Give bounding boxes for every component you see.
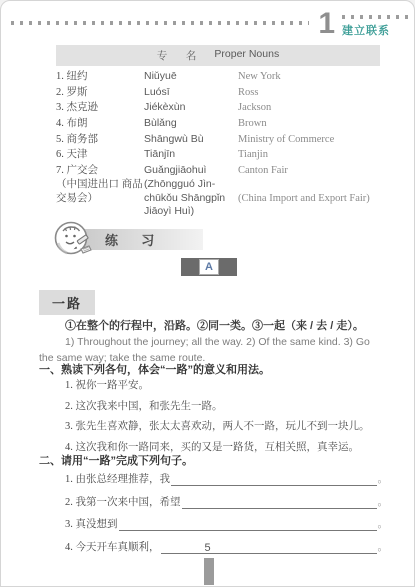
cell-chinese: 6. 天津 <box>56 148 144 161</box>
cell-chinese: 7. 广交会 <box>56 164 144 177</box>
cell-chinese: （中国进出口 商品交易会） <box>56 178 144 219</box>
fill-blank-line <box>171 473 377 486</box>
table-row: 5. 商务部 Shāngwù Bù Ministry of Commerce <box>56 133 380 146</box>
chapter-header: 1 建立联系 <box>11 9 414 39</box>
cell-english: Tianjin <box>238 148 380 161</box>
chapter-title: 建立联系 <box>342 22 414 38</box>
proper-nouns-table: 专 名 Proper Nouns 1. 纽约 Niǔyuē New York 2… <box>56 45 380 219</box>
fill-blank-line <box>182 496 377 509</box>
cell-chinese: 2. 罗斯 <box>56 86 144 99</box>
chapter-number: 1 <box>318 9 335 39</box>
fill-prefix: 3. 真没想到 <box>65 516 118 531</box>
table-row: 7. 广交会 Guǎngjiāohuì Canton Fair <box>56 164 380 177</box>
sentence-item: 3. 张先生喜欢静，张太太喜欢动，两人不一路，玩儿不到一块儿。 <box>65 420 386 434</box>
cell-pinyin: Jiékèxùn <box>144 101 238 114</box>
cell-chinese: 5. 商务部 <box>56 133 144 146</box>
table-row: 4. 布朗 Bùlǎng Brown <box>56 117 380 130</box>
cell-english: Ross <box>238 86 380 99</box>
proper-nouns-header-cn: 专 名 <box>157 48 205 63</box>
sentence-item: 1. 祝你一路平安。 <box>65 379 386 393</box>
page-number-tab <box>204 558 214 585</box>
exercise-mascot-icon <box>53 219 93 259</box>
proper-nouns-rows: 1. 纽约 Niǔyuē New York 2. 罗斯 Luósī Ross 3… <box>56 70 380 219</box>
table-row: 3. 杰克逊 Jiékèxùn Jackson <box>56 101 380 114</box>
fill-blank-item: 2. 我第一次来中国，希望 。 <box>65 494 388 509</box>
fill-blank-line <box>119 518 377 531</box>
cell-english: Ministry of Commerce <box>238 133 380 146</box>
cell-english: Brown <box>238 117 380 130</box>
cell-chinese: 1. 纽约 <box>56 70 144 83</box>
fill-prefix: 1. 由张总经理推荐，我 <box>65 471 170 486</box>
proper-nouns-header-en: Proper Nouns <box>214 48 279 63</box>
part1-heading: 一、熟读下列各句，体会“一路”的意义和用法。 <box>39 361 386 377</box>
cell-chinese: 4. 布朗 <box>56 117 144 130</box>
proper-nouns-header: 专 名 Proper Nouns <box>56 45 380 66</box>
cell-pinyin: (Zhōngguó Jìn-chūkǒu Shāngpǐn Jiāoyì Huì… <box>144 178 238 219</box>
cell-pinyin: Shāngwù Bù <box>144 133 238 146</box>
cell-pinyin: Niǔyuē <box>144 70 238 83</box>
fill-suffix: 。 <box>378 516 389 531</box>
chapter-title-block: 建立联系 <box>342 9 414 38</box>
fill-blank-item: 1. 由张总经理推荐，我 。 <box>65 471 388 486</box>
section-marker-a: A <box>181 258 237 276</box>
cell-pinyin: Luósī <box>144 86 238 99</box>
cell-pinyin: Guǎngjiāohuì <box>144 164 238 177</box>
cell-pinyin: Tiānjīn <box>144 148 238 161</box>
part2-heading: 二、请用“一路”完成下列句子。 <box>39 452 386 468</box>
sentence-item: 2. 这次我来中国，和张先生一路。 <box>65 400 386 414</box>
definition-chinese: ①在整个的行程中，沿路。②同一类。③一起（来 / 去 / 走）。 <box>65 319 384 334</box>
table-row: 2. 罗斯 Luósī Ross <box>56 86 380 99</box>
dotted-rule <box>11 21 309 25</box>
table-row: 1. 纽约 Niǔyuē New York <box>56 70 380 83</box>
cell-english: New York <box>238 70 380 83</box>
cell-english: Canton Fair <box>238 164 380 177</box>
page-number: 5 <box>1 542 414 554</box>
part1-items: 1. 祝你一路平安。 2. 这次我来中国，和张先生一路。 3. 张先生喜欢静，张… <box>65 379 386 462</box>
exercise-banner: 练 习 <box>53 219 203 259</box>
fill-suffix: 。 <box>378 471 389 486</box>
fill-blank-item: 3. 真没想到 。 <box>65 516 388 531</box>
section-marker-letter: A <box>199 259 219 275</box>
fill-prefix: 2. 我第一次来中国，希望 <box>65 494 181 509</box>
cell-chinese: 3. 杰克逊 <box>56 101 144 114</box>
book-page: 1 建立联系 专 名 Proper Nouns 1. 纽约 Niǔyuē New… <box>0 0 415 587</box>
fill-suffix: 。 <box>378 494 389 509</box>
cell-english: Jackson <box>238 101 380 114</box>
cell-pinyin: Bùlǎng <box>144 117 238 130</box>
word-badge: 一路 <box>39 290 95 315</box>
table-row: （中国进出口 商品交易会） (Zhōngguó Jìn-chūkǒu Shāng… <box>56 178 380 219</box>
table-row: 6. 天津 Tiānjīn Tianjin <box>56 148 380 161</box>
cell-english: (China Import and Export Fair) <box>238 178 380 219</box>
dotted-rule <box>342 15 414 19</box>
